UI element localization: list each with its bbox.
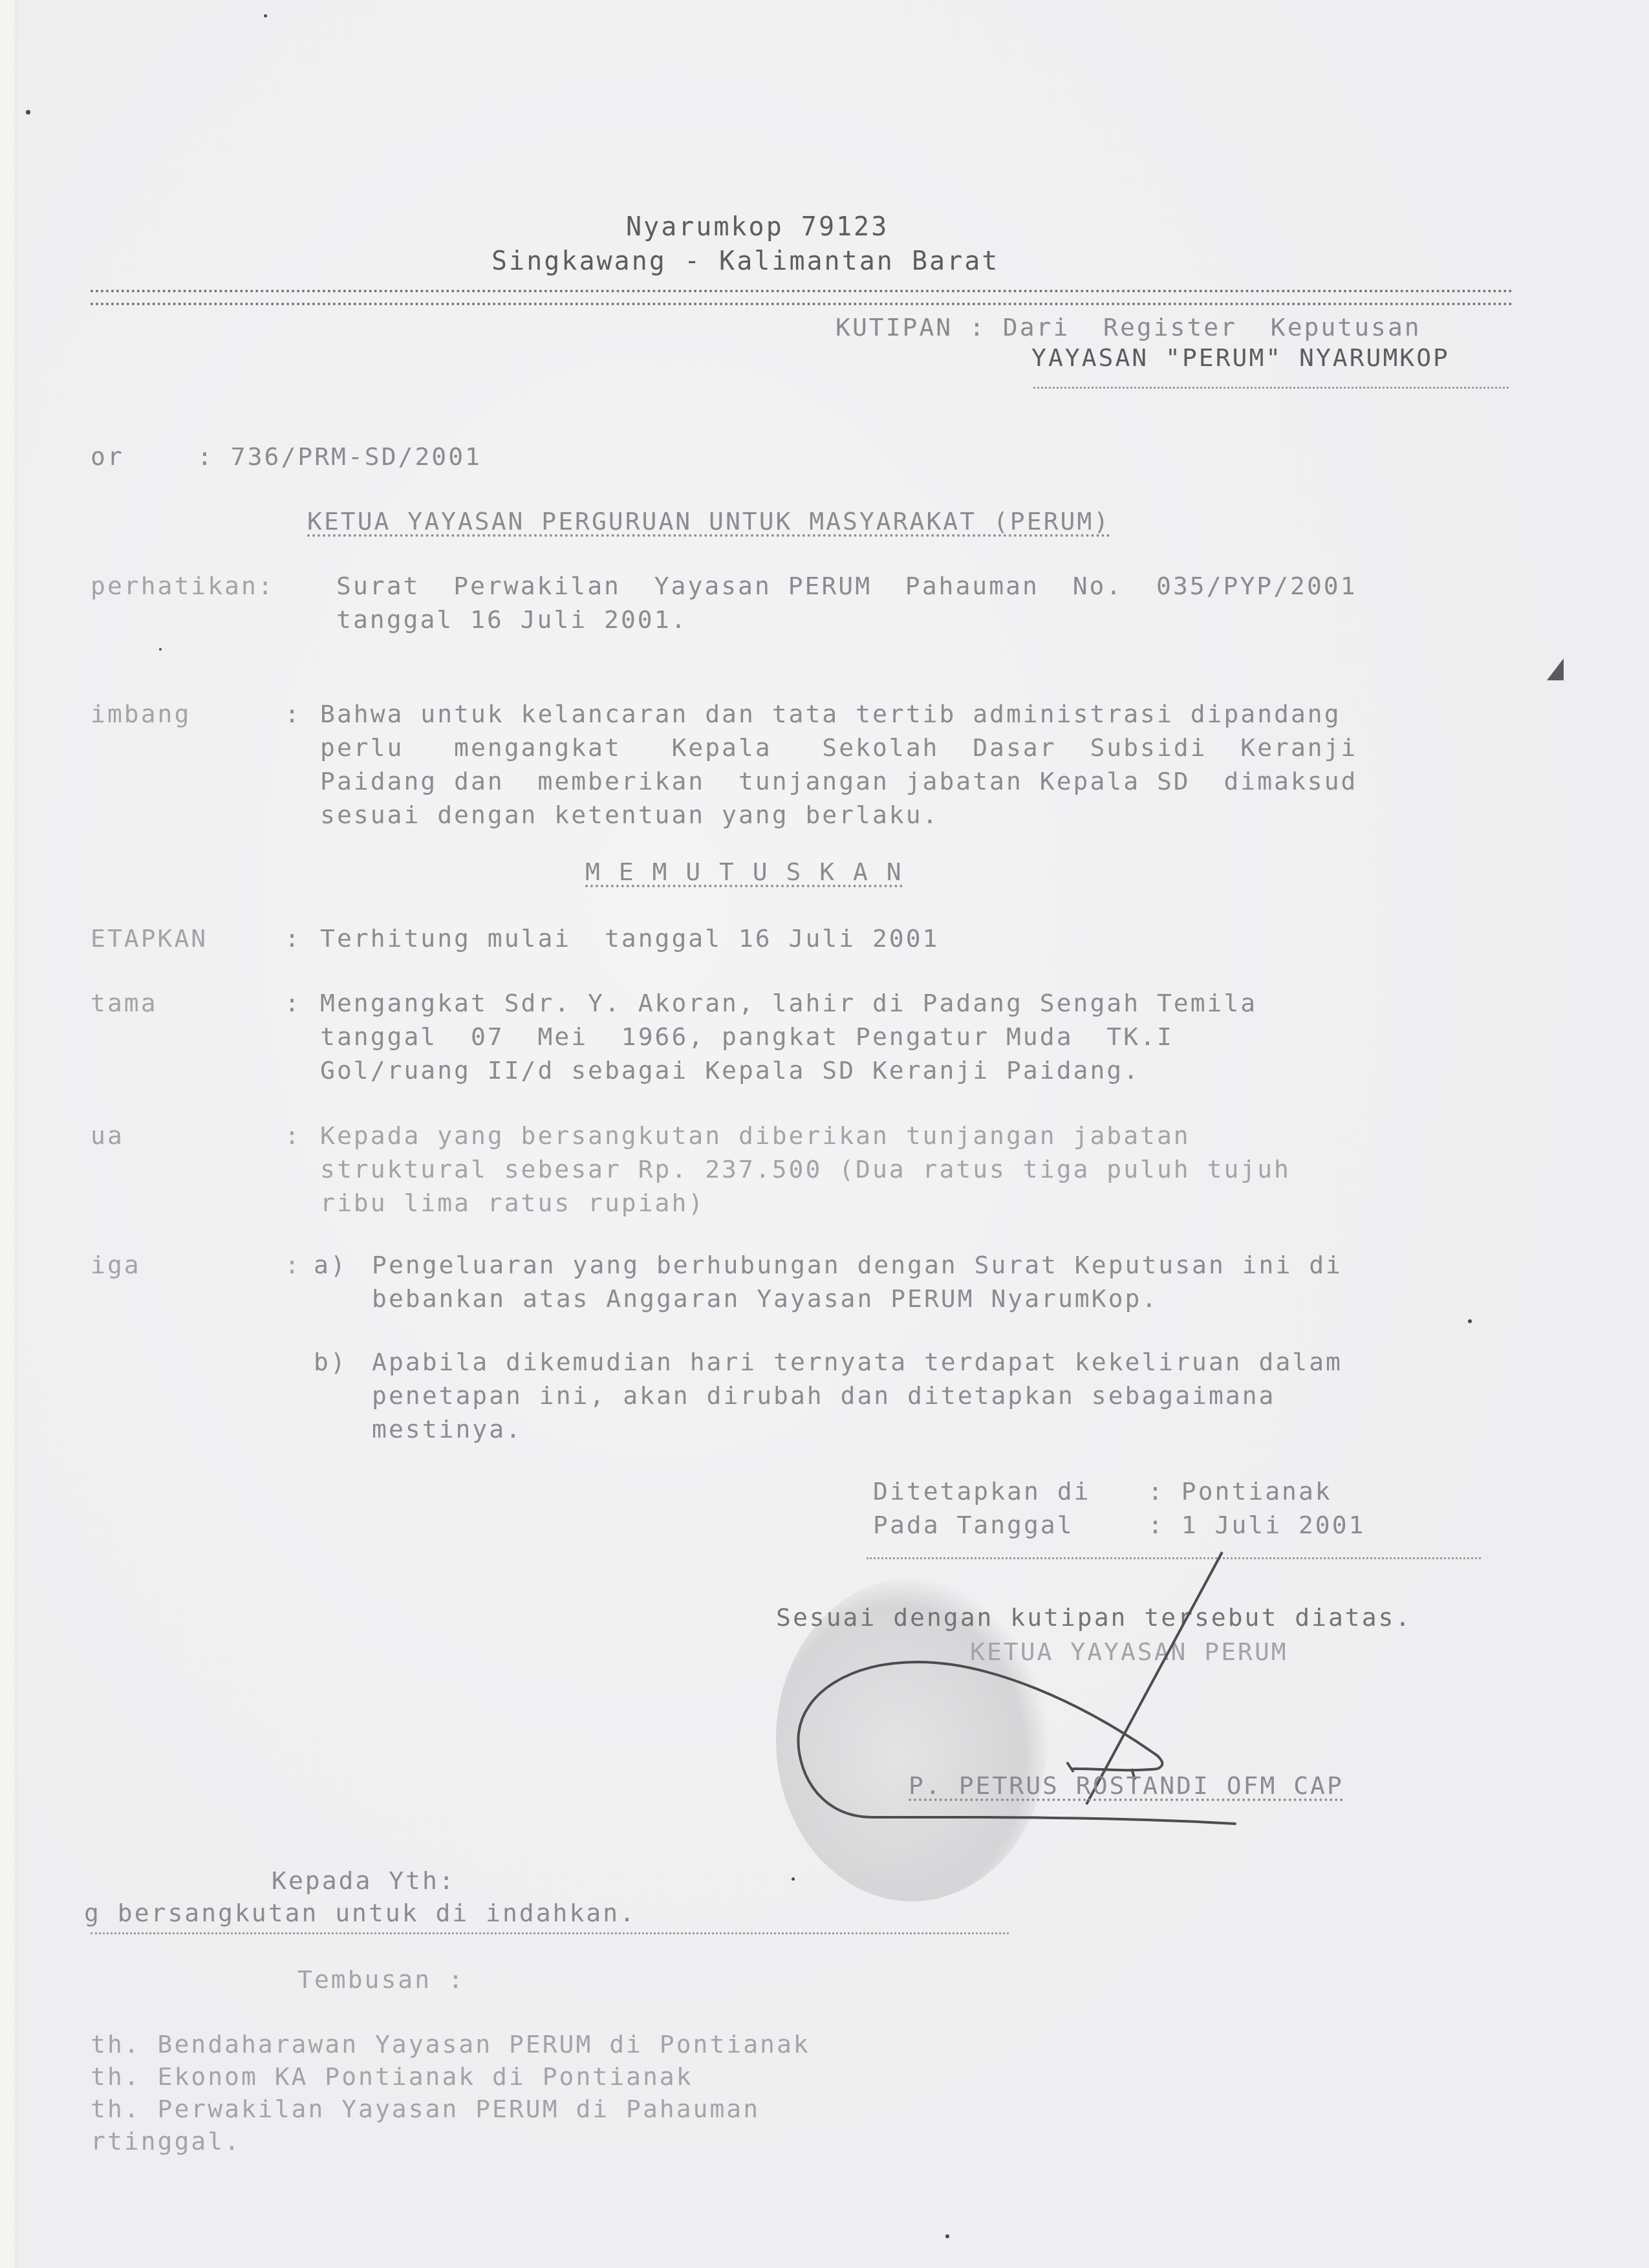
decision-line: ribu lima ratus rupiah) bbox=[320, 1186, 705, 1220]
addressee-line-1: Kepada Yth: bbox=[272, 1864, 456, 1897]
weighing-line: sesuai dengan ketentuan yang berlaku. bbox=[320, 798, 939, 832]
decides-heading: M E M U T U S K A N bbox=[585, 855, 903, 889]
copies-heading: Tembusan : bbox=[297, 1963, 465, 1996]
weighing-label: imbang bbox=[91, 697, 191, 731]
addressee-rule bbox=[91, 1932, 1009, 1934]
decision-line: bebankan atas Anggaran Yayasan PERUM Nya… bbox=[372, 1282, 1158, 1315]
scan-speck bbox=[1468, 1319, 1472, 1323]
document-title: KETUA YAYASAN PERGURUAN UNTUK MASYARAKAT… bbox=[307, 504, 1110, 538]
address-line-2: Singkawang - Kalimantan Barat bbox=[491, 244, 999, 278]
page-edge bbox=[0, 0, 17, 2268]
enactment-place-value: : Pontianak bbox=[1148, 1474, 1332, 1508]
weighing-colon: : bbox=[285, 697, 301, 731]
weighing-line: Paidang dan memberikan tunjangan jabatan… bbox=[320, 764, 1357, 798]
decision-label: ETAPKAN bbox=[91, 922, 208, 955]
decision-line: Gol/ruang II/d sebagai Kepala SD Keranji… bbox=[320, 1053, 1140, 1087]
decision-label: iga bbox=[91, 1248, 141, 1282]
scan-speck bbox=[159, 648, 162, 651]
decision-line: Apabila dikemudian hari ternyata terdapa… bbox=[372, 1345, 1342, 1379]
decision-label: ua bbox=[91, 1119, 124, 1152]
decision-line: Kepada yang bersangkutan diberikan tunja… bbox=[320, 1119, 1191, 1152]
copies-item: rtinggal. bbox=[91, 2124, 241, 2158]
decision-colon: : bbox=[285, 1248, 301, 1282]
decision-line: penetapan ini, akan dirubah dan ditetapk… bbox=[372, 1379, 1275, 1412]
enactment-date-value: : 1 Juli 2001 bbox=[1148, 1508, 1365, 1542]
decision-colon: : bbox=[285, 922, 301, 955]
number-value: : 736/PRM-SD/2001 bbox=[197, 440, 482, 473]
copies-item: th. Ekonom KA Pontianak di Pontianak bbox=[91, 2060, 693, 2093]
decision-line: Terhitung mulai tanggal 16 Juli 2001 bbox=[320, 922, 939, 955]
considering-line: tanggal 16 Juli 2001. bbox=[336, 603, 687, 636]
considering-line: Surat Perwakilan Yayasan PERUM Pahauman … bbox=[336, 569, 1357, 603]
scan-speck bbox=[792, 1877, 795, 1881]
excerpt-underline bbox=[1033, 387, 1509, 389]
document-page: Nyarumkop 79123 Singkawang - Kalimantan … bbox=[0, 0, 1649, 2268]
number-label: or bbox=[91, 440, 124, 473]
page-tab-mark bbox=[1547, 658, 1564, 680]
decision-colon: : bbox=[285, 1119, 301, 1152]
copies-item: th. Perwakilan Yayasan PERUM di Pahauman bbox=[91, 2092, 760, 2126]
decision-line: struktural sebesar Rp. 237.500 (Dua ratu… bbox=[320, 1152, 1291, 1186]
item-marker: a) bbox=[314, 1248, 347, 1282]
weighing-line: Bahwa untuk kelancaran dan tata tertib a… bbox=[320, 697, 1341, 731]
scan-speck bbox=[264, 14, 267, 17]
scan-speck bbox=[26, 110, 30, 114]
decision-line: Pengeluaran yang berhubungan dengan Sura… bbox=[372, 1248, 1342, 1282]
address-line-1: Nyarumkop 79123 bbox=[626, 210, 889, 244]
excerpt-line-2: YAYASAN "PERUM" NYARUMKOP bbox=[1031, 341, 1450, 374]
header-separator bbox=[91, 290, 1513, 305]
weighing-line: perlu mengangkat Kepala Sekolah Dasar Su… bbox=[320, 731, 1357, 764]
enactment-place-label: Ditetapkan di bbox=[873, 1474, 1090, 1508]
item-marker: b) bbox=[314, 1345, 347, 1379]
scan-speck bbox=[945, 2234, 949, 2238]
addressee-line-2: g bersangkutan untuk di indahkan. bbox=[84, 1896, 636, 1930]
decision-line: mestinya. bbox=[372, 1412, 523, 1446]
decision-line: tanggal 07 Mei 1966, pangkat Pengatur Mu… bbox=[320, 1020, 1174, 1053]
enactment-date-label: Pada Tanggal bbox=[873, 1508, 1074, 1542]
signatory-name: P. PETRUS ROSTANDI OFM CAP bbox=[909, 1769, 1344, 1802]
copies-item: th. Bendaharawan Yayasan PERUM di Pontia… bbox=[91, 2027, 810, 2061]
considering-label: perhatikan: bbox=[91, 569, 275, 603]
decision-colon: : bbox=[285, 986, 301, 1020]
excerpt-line-1: KUTIPAN : Dari Register Keputusan bbox=[835, 310, 1421, 344]
decision-label: tama bbox=[91, 986, 158, 1020]
decision-line: Mengangkat Sdr. Y. Akoran, lahir di Pada… bbox=[320, 986, 1257, 1020]
